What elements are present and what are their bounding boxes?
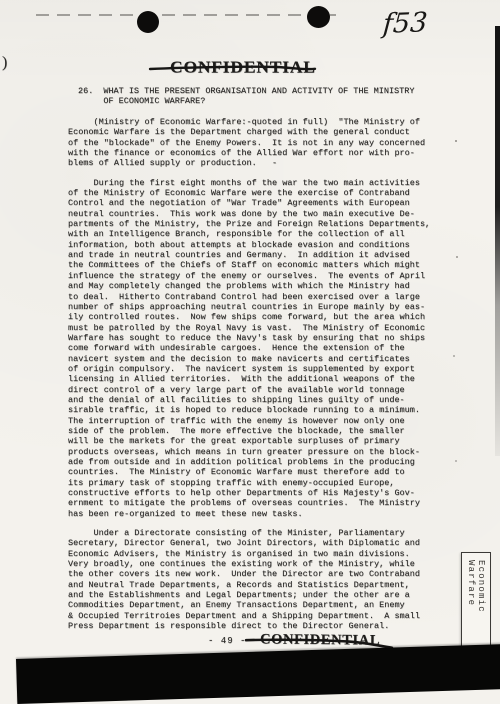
confidential-stamp-text: CONFIDENTIAL xyxy=(260,631,380,649)
scan-black-band xyxy=(16,643,500,704)
file-tab-label: Economic Warfare xyxy=(466,553,486,655)
scanned-document-page: f53 ) CONFIDENTIAL 26. WHAT IS THE PRESE… xyxy=(0,0,500,704)
body-paragraph: (Ministry of Economic Warfare:-quoted in… xyxy=(68,117,430,169)
margin-mark: ) xyxy=(2,58,7,68)
body-paragraph: During the first eight months of the war… xyxy=(68,178,430,519)
handwritten-folio-number: f53 xyxy=(382,7,429,40)
body-paragraph: Under a Directorate consisting of the Mi… xyxy=(68,528,430,631)
hole-punch-mark xyxy=(137,11,159,33)
page-edge-shadow xyxy=(495,26,500,456)
page-number: - 49 - xyxy=(208,632,246,650)
hole-punch-mark xyxy=(307,6,330,28)
scan-artifact-line xyxy=(36,14,336,16)
question-number: 26. xyxy=(78,86,93,107)
confidential-stamp-text: CONFIDENTIAL xyxy=(170,58,316,78)
confidential-stamp-header: CONFIDENTIAL xyxy=(148,56,318,79)
document-body: (Ministry of Economic Warfare:-quoted in… xyxy=(68,117,430,641)
question-block: 26. WHAT IS THE PRESENT ORGANISATION AND… xyxy=(78,86,414,107)
scan-specks xyxy=(455,140,457,142)
file-divider-tab: Economic Warfare xyxy=(461,552,491,655)
question-text: WHAT IS THE PRESENT ORGANISATION AND ACT… xyxy=(103,86,414,107)
